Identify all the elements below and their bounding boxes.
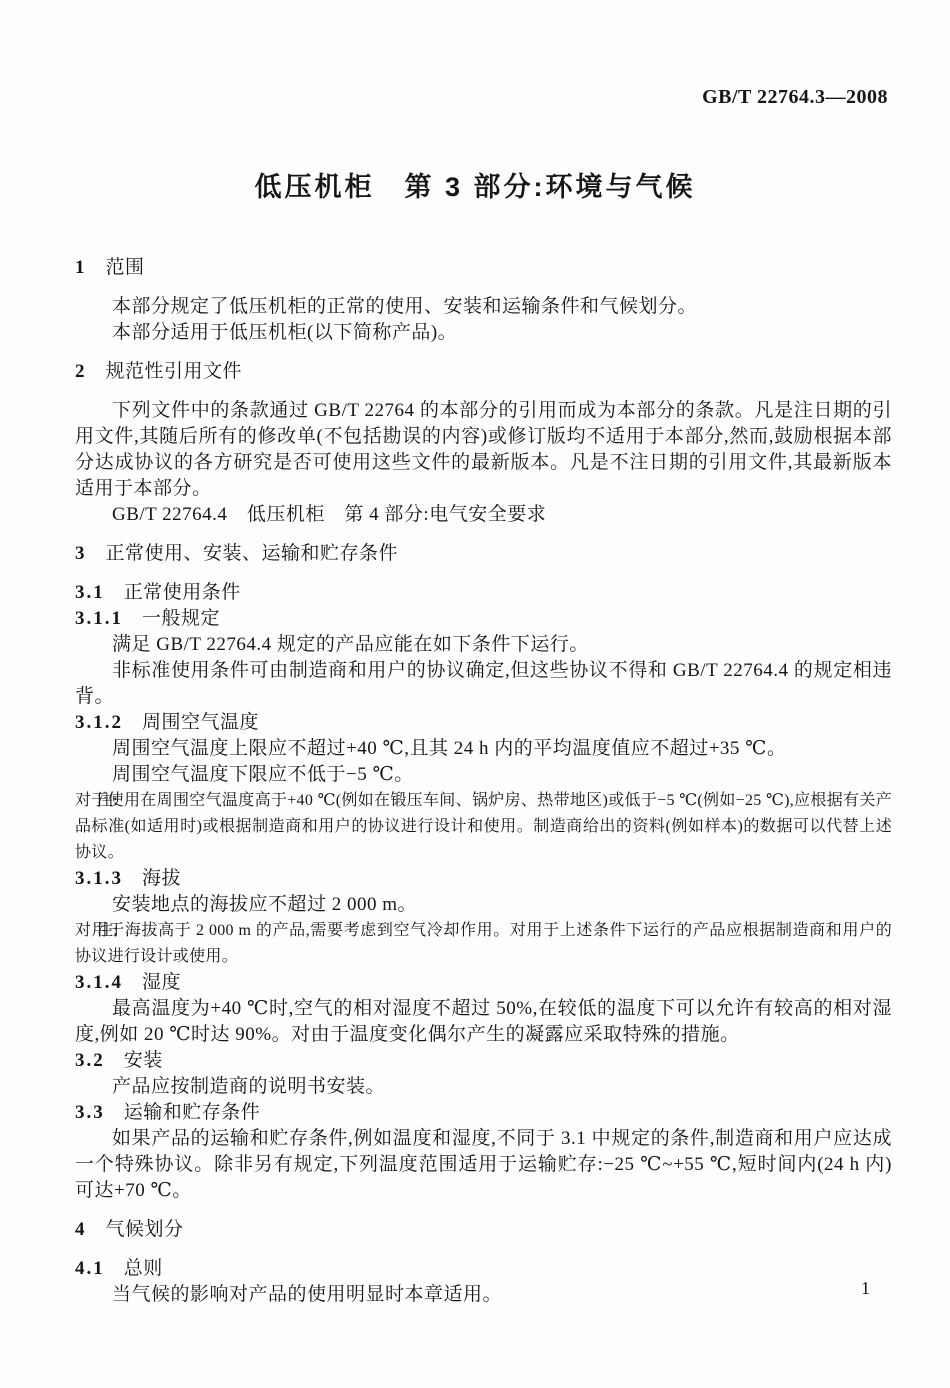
paragraph: 如果产品的运输和贮存条件,例如温度和湿度,不同于 3.1 中规定的条件,制造商和…: [75, 1126, 892, 1204]
heading-number: 3.1: [75, 580, 105, 606]
section-heading: 3.1正常使用条件: [75, 580, 892, 606]
paragraph: 产品应按制造商的说明书安装。: [75, 1074, 892, 1100]
paragraph: 本部分规定了低压机柜的正常的使用、安装和运输条件和气候划分。: [75, 294, 892, 320]
paragraph: 当气候的影响对产品的使用明显时本章适用。: [75, 1282, 892, 1308]
reference-entry: GB/T 22764.4 低压机柜 第 4 部分:电气安全要求: [75, 502, 892, 528]
document-body: 1范围本部分规定了低压机柜的正常的使用、安装和运输条件和气候划分。本部分适用于低…: [0, 255, 950, 1308]
heading-number: 3.1.3: [75, 866, 123, 892]
note: 注:对于使用在周围空气温度高于+40 ℃(例如在锻压车间、锅炉房、热带地区)或低…: [75, 788, 892, 866]
standard-number: GB/T 22764.3—2008: [0, 0, 950, 109]
section-heading: 3.2安装: [75, 1048, 892, 1074]
heading-title: 范围: [106, 257, 145, 278]
paragraph: 下列文件中的条款通过 GB/T 22764 的本部分的引用而成为本部分的条款。凡…: [75, 398, 892, 502]
heading-title: 气候划分: [106, 1219, 184, 1240]
heading-title: 湿度: [142, 972, 181, 993]
note-label: 注:: [97, 918, 118, 944]
heading-title: 一般规定: [142, 608, 220, 629]
section-heading: 3.1.2周围空气温度: [75, 710, 892, 736]
chapter-heading: 2规范性引用文件: [75, 359, 892, 385]
heading-title: 安装: [124, 1050, 163, 1071]
heading-number: 3.2: [75, 1048, 105, 1074]
paragraph: 满足 GB/T 22764.4 规定的产品应能在如下条件下运行。: [75, 632, 892, 658]
paragraph: 安装地点的海拔应不超过 2 000 m。: [75, 892, 892, 918]
heading-number: 3: [75, 541, 87, 567]
section-heading: 4.1总则: [75, 1256, 892, 1282]
paragraph: 本部分适用于低压机柜(以下简称产品)。: [75, 320, 892, 346]
chapter-heading: 3正常使用、安装、运输和贮存条件: [75, 541, 892, 567]
heading-number: 1: [75, 255, 87, 281]
heading-title: 海拔: [142, 868, 181, 889]
heading-title: 总则: [124, 1258, 163, 1279]
heading-title: 运输和贮存条件: [124, 1102, 261, 1123]
section-heading: 3.1.3海拔: [75, 866, 892, 892]
paragraph: 最高温度为+40 ℃时,空气的相对湿度不超过 50%,在较低的温度下可以允许有较…: [75, 996, 892, 1048]
chapter-heading: 4气候划分: [75, 1217, 892, 1243]
paragraph: 周围空气温度下限应不低于−5 ℃。: [75, 762, 892, 788]
paragraph: 周围空气温度上限应不超过+40 ℃,且其 24 h 内的平均温度值应不超过+35…: [75, 736, 892, 762]
heading-title: 正常使用条件: [124, 582, 241, 603]
heading-number: 3.1.4: [75, 970, 123, 996]
heading-title: 正常使用、安装、运输和贮存条件: [106, 543, 399, 564]
section-heading: 3.1.4湿度: [75, 970, 892, 996]
section-heading: 3.3运输和贮存条件: [75, 1100, 892, 1126]
note-label: 注:: [97, 788, 118, 814]
note-text: 对用于海拔高于 2 000 m 的产品,需要考虑到空气冷却作用。对用于上述条件下…: [75, 922, 892, 965]
chapter-heading: 1范围: [75, 255, 892, 281]
heading-title: 规范性引用文件: [106, 361, 243, 382]
heading-title: 周围空气温度: [142, 712, 259, 733]
note: 注:对用于海拔高于 2 000 m 的产品,需要考虑到空气冷却作用。对用于上述条…: [75, 918, 892, 970]
page-number: 1: [861, 1278, 870, 1299]
heading-number: 2: [75, 359, 87, 385]
heading-number: 4: [75, 1217, 87, 1243]
heading-number: 3.3: [75, 1100, 105, 1126]
document-title: 低压机柜 第 3 部分:环境与气候: [0, 171, 950, 203]
heading-number: 3.1.1: [75, 606, 123, 632]
heading-number: 3.1.2: [75, 710, 123, 736]
document-page: GB/T 22764.3—2008 低压机柜 第 3 部分:环境与气候 1范围本…: [0, 0, 950, 1388]
paragraph: 非标准使用条件可由制造商和用户的协议确定,但这些协议不得和 GB/T 22764…: [75, 658, 892, 710]
section-heading: 3.1.1一般规定: [75, 606, 892, 632]
note-text: 对于使用在周围空气温度高于+40 ℃(例如在锻压车间、锅炉房、热带地区)或低于−…: [75, 792, 892, 861]
heading-number: 4.1: [75, 1256, 105, 1282]
